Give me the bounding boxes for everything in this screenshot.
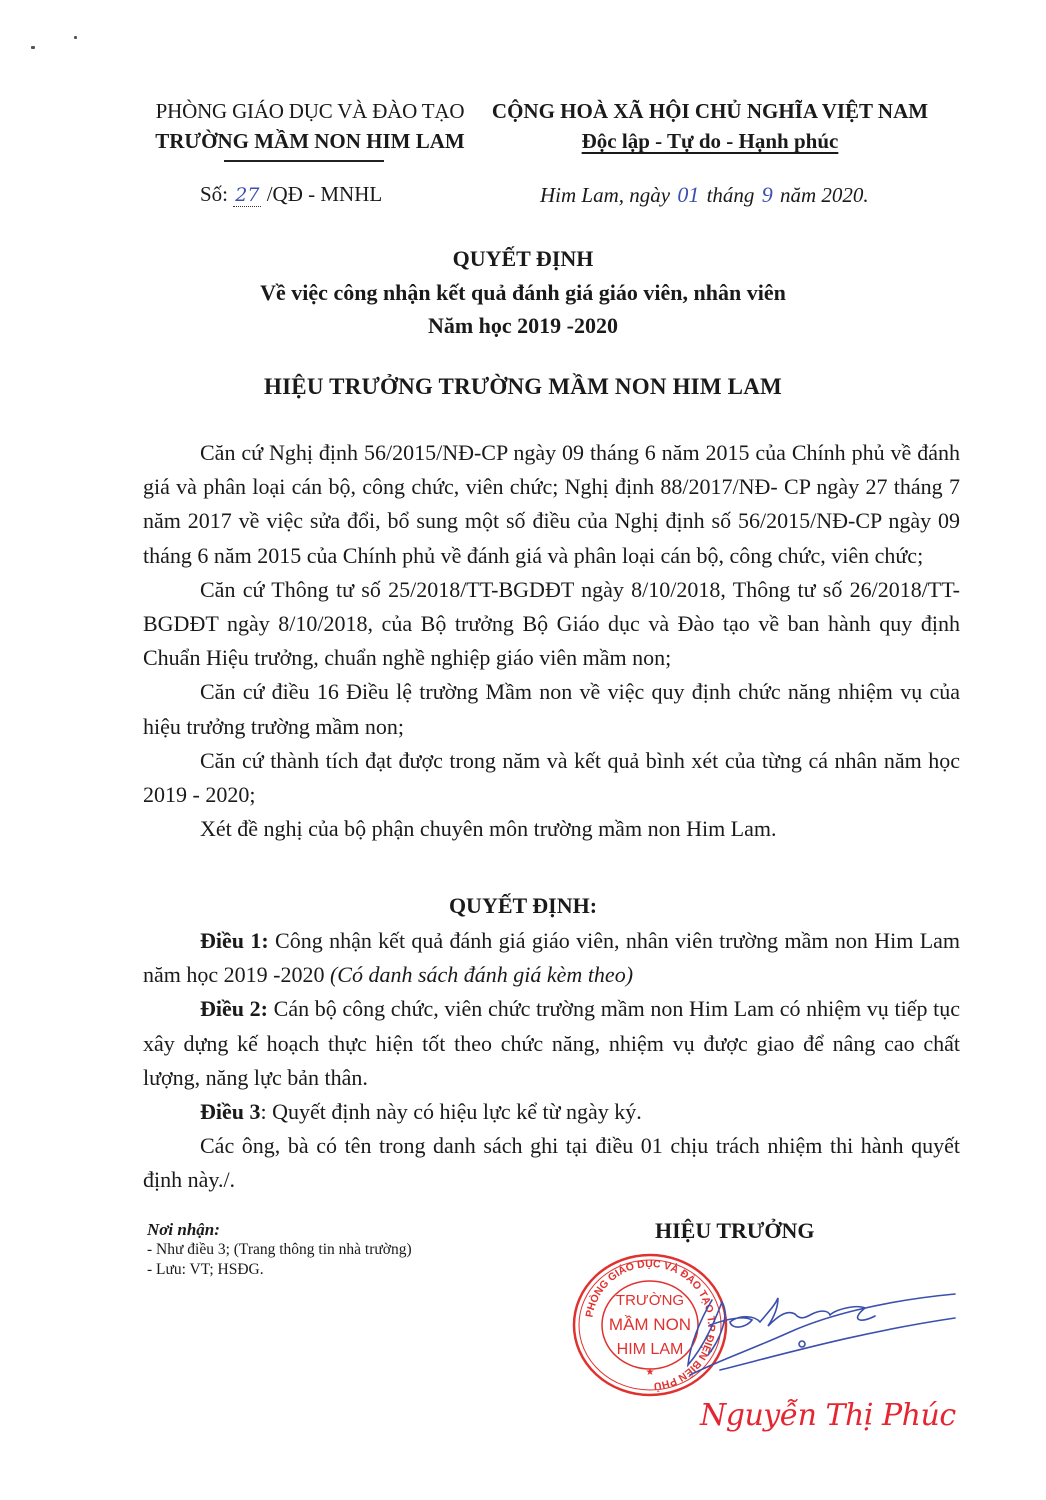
scan-artifact xyxy=(74,36,77,39)
preamble: Căn cứ Nghị định 56/2015/NĐ-CP ngày 09 t… xyxy=(143,436,960,846)
article-3: Điều 3: Quyết định này có hiệu lực kể từ… xyxy=(143,1095,960,1129)
article-label: Điều 1: xyxy=(200,928,269,953)
department-name: PHÒNG GIÁO DỤC VÀ ĐÀO TẠO xyxy=(140,96,480,126)
signature-icon xyxy=(660,1270,960,1380)
scan-artifact xyxy=(31,46,35,49)
article-label: Điều 3 xyxy=(200,1099,261,1124)
school-name: TRƯỜNG MẦM NON HIM LAM xyxy=(140,126,480,156)
document-type: QUYẾT ĐỊNH xyxy=(0,246,1046,272)
closing-paragraph: Các ông, bà có tên trong danh sách ghi t… xyxy=(143,1129,960,1197)
document-subject: Về việc công nhận kết quả đánh giá giáo … xyxy=(0,280,1046,306)
recipients-label: Nơi nhận: xyxy=(147,1220,412,1240)
issuing-authority: PHÒNG GIÁO DỤC VÀ ĐÀO TẠO TRƯỜNG MẦM NON… xyxy=(140,96,480,156)
date-prefix: Him Lam, ngày xyxy=(540,183,675,207)
article-note: (Có danh sách đánh giá kèm theo) xyxy=(330,962,633,987)
preamble-paragraph: Căn cứ thành tích đạt được trong năm và … xyxy=(143,744,960,812)
preamble-paragraph: Căn cứ Nghị định 56/2015/NĐ-CP ngày 09 t… xyxy=(143,436,960,573)
date-month-label: tháng xyxy=(701,183,759,207)
preamble-paragraph: Căn cứ điều 16 Điều lệ trường Mầm non về… xyxy=(143,675,960,743)
signer-name: Nguyễn Thị Phúc xyxy=(700,1398,956,1433)
motto: Độc lập - Tự do - Hạnh phúc xyxy=(582,129,839,153)
document-date: Him Lam, ngày 01 tháng 9 năm 2020. xyxy=(540,182,869,208)
signer-title: HIỆU TRƯỞNG xyxy=(655,1218,815,1244)
article-2: Điều 2: Cán bộ công chức, viên chức trườ… xyxy=(143,992,960,1095)
article-text: : Quyết định này có hiệu lực kể từ ngày … xyxy=(261,1099,642,1124)
date-month: 9 xyxy=(760,182,775,207)
document-number-suffix: /QĐ - MNHL xyxy=(261,182,382,206)
national-motto: CỘNG HOÀ XÃ HỘI CHỦ NGHĨA VIỆT NAM Độc l… xyxy=(480,96,940,156)
issuing-authority-title: HIỆU TRƯỞNG TRƯỜNG MẦM NON HIM LAM xyxy=(0,374,1046,400)
document-number: Số: 27 /QĐ - MNHL xyxy=(200,182,382,207)
date-day: 01 xyxy=(675,182,701,207)
recipient-item: - Như điều 3; (Trang thông tin nhà trườn… xyxy=(147,1240,412,1260)
school-year: Năm học 2019 -2020 xyxy=(0,313,1046,339)
decision-articles: Điều 1: Công nhận kết quả đánh giá giáo … xyxy=(143,924,960,1198)
document-number-label: Số: xyxy=(200,182,233,206)
country-name: CỘNG HOÀ XÃ HỘI CHỦ NGHĨA VIỆT NAM xyxy=(480,96,940,126)
preamble-paragraph: Xét đề nghị của bộ phận chuyên môn trườn… xyxy=(143,812,960,846)
recipients: Nơi nhận: - Như điều 3; (Trang thông tin… xyxy=(147,1220,412,1280)
article-1: Điều 1: Công nhận kết quả đánh giá giáo … xyxy=(143,924,960,992)
header-underline xyxy=(224,160,384,162)
document-number-value: 27 xyxy=(233,184,261,207)
svg-text:★: ★ xyxy=(646,1367,655,1378)
decision-heading: QUYẾT ĐỊNH: xyxy=(0,893,1046,919)
article-label: Điều 2: xyxy=(200,996,268,1021)
preamble-paragraph: Căn cứ Thông tư số 25/2018/TT-BGDĐT ngày… xyxy=(143,573,960,676)
date-year: năm 2020. xyxy=(775,183,869,207)
recipient-item: - Lưu: VT; HSĐG. xyxy=(147,1260,412,1280)
